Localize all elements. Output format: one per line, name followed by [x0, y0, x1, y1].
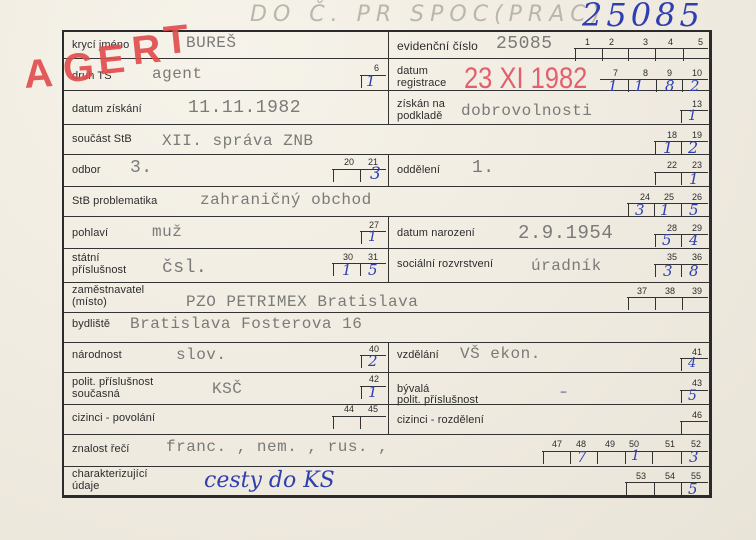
column-divider — [388, 31, 389, 124]
value-bydliste: Bratislava Fosterova 16 — [130, 315, 362, 333]
hand-code: 1 — [631, 448, 640, 464]
hand-code: 1 — [660, 201, 670, 219]
hand-code: 5 — [368, 261, 378, 279]
box-number: 37 — [637, 287, 647, 296]
box-number: 47 — [552, 440, 562, 449]
row-divider — [64, 434, 710, 435]
value-polit-prislusnost: KSČ — [212, 380, 242, 398]
label-bydliste: bydliště — [72, 319, 110, 330]
row-divider — [64, 342, 710, 343]
box-number: 23 — [692, 161, 702, 170]
box-number: 2 — [609, 38, 614, 47]
hand-code: 5 — [689, 201, 699, 219]
pencil-header: DO Č. PR SPOC(PRAC) — [250, 2, 606, 27]
box-number: 8 — [643, 69, 648, 78]
label-cizinci-povolani: cizinci - povolání — [72, 413, 155, 424]
row-divider — [64, 404, 710, 405]
label-znalost-reci: znalost řečí — [72, 444, 129, 455]
hand-code: 1 — [368, 383, 378, 401]
hand-code: 5 — [688, 480, 698, 498]
label-datum: datum — [397, 66, 428, 77]
hand-code: 1 — [608, 77, 618, 95]
code-box-37-39[interactable] — [627, 297, 708, 312]
label-soucasna: současná — [72, 389, 120, 400]
hand-code: 3 — [635, 201, 645, 219]
column-divider — [388, 154, 389, 186]
label-stb-problematika: StB problematika — [72, 196, 157, 207]
value-kryci-jmeno: BUREŠ — [186, 34, 237, 52]
value-datum-narozeni: 2.9.1954 — [518, 222, 613, 244]
box-number: 39 — [692, 287, 702, 296]
label-vzdelani: vzdělání — [397, 350, 439, 361]
hand-code: 2 — [688, 138, 698, 157]
label-datum-ziskani: datum získání — [72, 104, 142, 115]
hand-code: 3 — [663, 262, 673, 280]
value-zamestnavatel: PZO PETRIMEX Bratislava — [186, 293, 418, 311]
box-number: 45 — [368, 405, 378, 414]
row-divider — [64, 466, 710, 467]
value-stb-problematika: zahraničný obchod — [200, 191, 372, 209]
value-socialni-rozvrstveni: úradník — [531, 257, 602, 275]
registration-date-stamp: 23 XI 1982 — [464, 62, 587, 96]
row-divider — [64, 154, 710, 155]
value-soucast-stb: XII. správa ZNB — [162, 132, 314, 150]
box-number: 38 — [665, 287, 675, 296]
label-soucast-stb: součást StB — [72, 134, 132, 145]
value-datum-ziskani: 11.11.1982 — [188, 98, 301, 118]
hand-code: 5 — [662, 231, 672, 249]
row-divider — [64, 186, 710, 187]
box-number: 44 — [344, 405, 354, 414]
hand-code: 8 — [689, 262, 699, 280]
value-statni-prislusnost: čsl. — [162, 258, 207, 278]
label-cizinci-rozdeleni: cizinci - rozdělení — [397, 415, 484, 426]
hand-code: 3 — [689, 448, 699, 466]
hand-code: 1 — [366, 72, 376, 90]
hand-code: 2 — [690, 77, 700, 95]
hand-code: 1 — [688, 108, 697, 124]
box-number: 3 — [643, 38, 648, 47]
box-number: 53 — [636, 472, 646, 481]
hand-code: 1 — [689, 170, 699, 188]
box-number: 54 — [665, 472, 675, 481]
hand-code: 1 — [634, 77, 644, 95]
row-divider — [64, 216, 710, 217]
column-divider — [388, 216, 389, 282]
row-divider — [64, 248, 710, 249]
hand-code: 2 — [368, 352, 378, 370]
label-socialni-rozvrstveni: sociální rozvrstvení — [397, 259, 493, 270]
hand-code: 3 — [370, 164, 381, 184]
row-divider — [64, 312, 710, 313]
label-oddeleni: oddělení — [397, 165, 440, 176]
hand-code: 4 — [688, 356, 696, 371]
label-evidencni-cislo: evidenční číslo — [397, 41, 478, 52]
label-narodnost: národnost — [72, 350, 122, 361]
row-divider — [64, 124, 710, 125]
hand-code: 7 — [577, 448, 587, 466]
value-evidencni-cislo: 25085 — [496, 34, 553, 54]
value-znalost-reci: franc. , nem. , rus. , — [166, 438, 388, 456]
code-box-30-31[interactable] — [332, 263, 386, 278]
handwritten-number: 25085 — [582, 0, 704, 34]
box-number: 51 — [665, 440, 675, 449]
code-box-44-45[interactable] — [332, 416, 386, 431]
label-pohlavi: pohlaví — [72, 228, 108, 239]
box-number: 43 — [692, 379, 702, 388]
label-datum-narozeni: datum narození — [397, 228, 475, 239]
code-box-1-5[interactable] — [574, 48, 708, 63]
label-statni: státní — [72, 253, 100, 264]
box-number: 22 — [667, 161, 677, 170]
row-divider — [64, 282, 710, 283]
value-byvala-polit: – — [560, 384, 567, 400]
box-number: 4 — [668, 38, 673, 47]
label-polit-prislusnost: polit. příslušnost — [72, 377, 153, 388]
label-charakterizujici: charakterizující — [72, 469, 148, 480]
label-prislusnost: příslušnost — [72, 265, 126, 276]
box-number: 20 — [344, 158, 354, 167]
hand-code: 1 — [342, 261, 352, 279]
value-pohlavi: muž — [152, 223, 182, 241]
code-box-46[interactable] — [680, 421, 708, 436]
value-ziskan-na-podklade: dobrovolnosti — [461, 102, 592, 120]
box-number: 1 — [585, 38, 590, 47]
label-odbor: odbor — [72, 165, 101, 176]
column-divider — [388, 342, 389, 434]
label-ziskan-na: získán na — [397, 99, 445, 110]
value-oddeleni: 1. — [472, 158, 495, 178]
hand-code: 1 — [368, 229, 377, 245]
value-odbor: 3. — [130, 158, 153, 178]
label-zamestnavatel: zaměstnavatel — [72, 285, 144, 296]
box-number: 5 — [698, 38, 703, 47]
box-number: 36 — [692, 253, 702, 262]
value-vzdelani: VŠ ekon. — [460, 345, 541, 363]
registration-card — [62, 30, 712, 498]
hand-code: 5 — [688, 388, 697, 404]
box-number: 46 — [692, 411, 702, 420]
label-podklade: podkladě — [397, 111, 442, 122]
label-misto: (místo) — [72, 297, 107, 308]
box-number: 49 — [605, 440, 615, 449]
hand-code: 8 — [665, 77, 675, 95]
label-udaje: údaje — [72, 481, 99, 492]
label-polit-prislusnost-byvala: polit. příslušnost — [397, 395, 478, 406]
label-registrace: registrace — [397, 78, 446, 89]
hand-code: 4 — [689, 231, 699, 249]
box-number: 35 — [667, 253, 677, 262]
row-divider — [64, 372, 710, 373]
hand-code: 1 — [663, 138, 673, 157]
value-charakterizujici: cesty do KS — [204, 468, 335, 493]
value-narodnost: slov. — [176, 346, 227, 364]
